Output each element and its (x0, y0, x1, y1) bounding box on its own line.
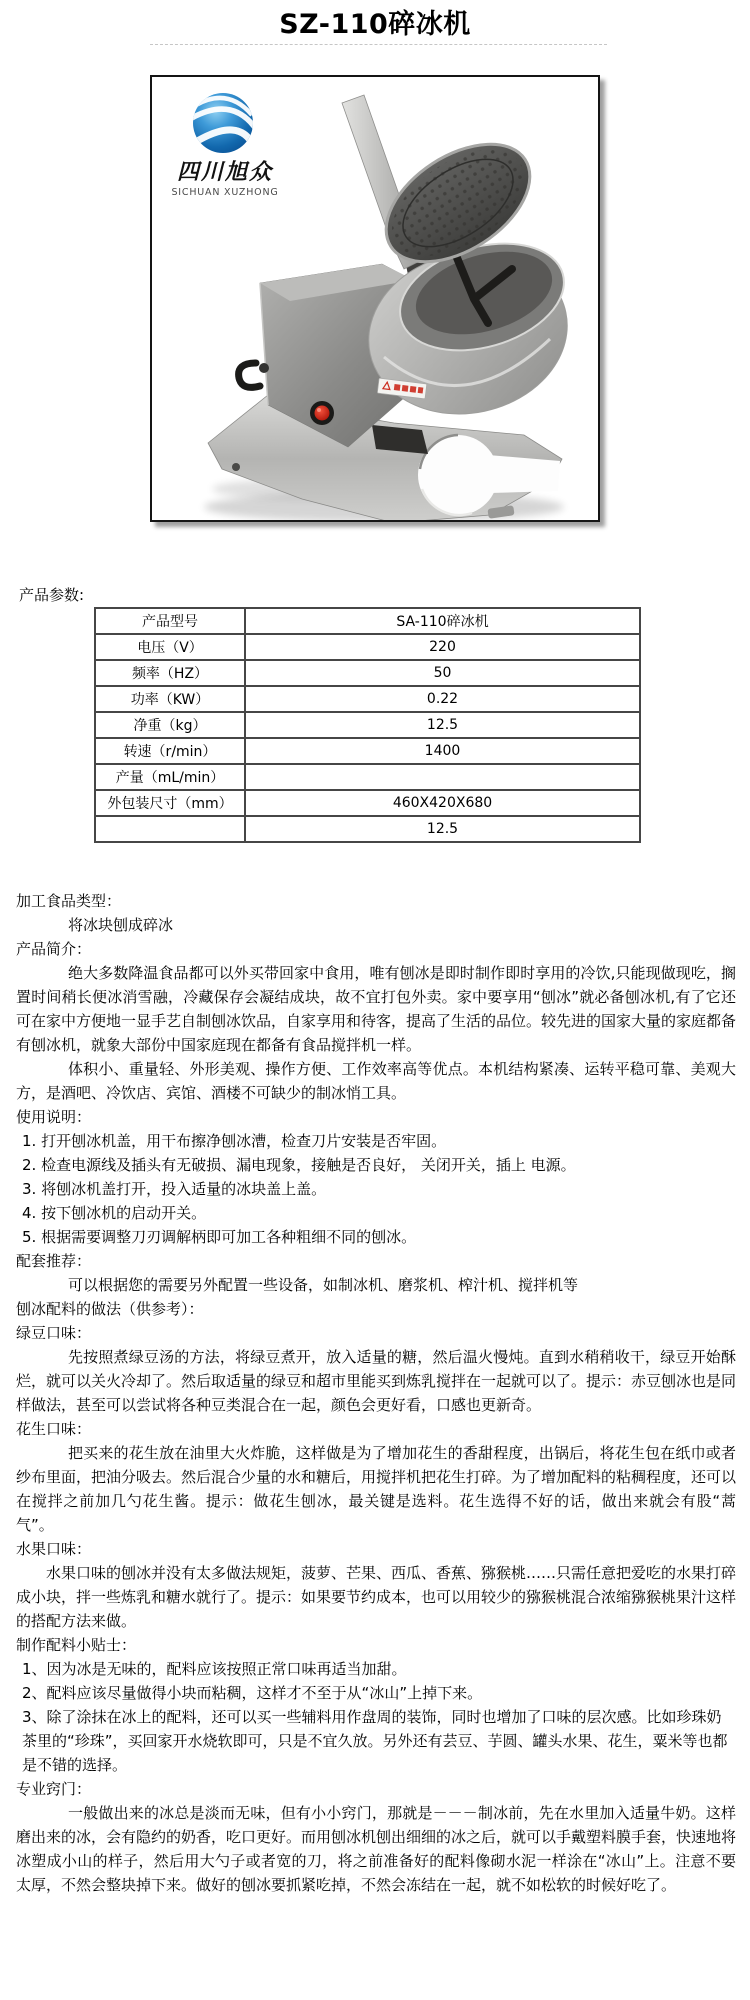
param-value: 50 (245, 660, 640, 686)
param-row: 功率（KW）0.22 (95, 686, 640, 712)
section-text: 4. 按下刨冰机的启动开关。 (22, 1201, 736, 1225)
section-heading: 专业窍门： (16, 1777, 736, 1801)
page-title: SZ-110碎冰机 (0, 2, 750, 41)
param-row: 外包装尺寸（mm）460X420X680 (95, 790, 640, 816)
params-table: 产品型号SA-110碎冰机电压（V）220频率（HZ）50功率（KW）0.22净… (94, 607, 641, 843)
dotted-divider (150, 44, 607, 45)
param-value: 220 (245, 634, 640, 660)
param-value: 12.5 (245, 816, 640, 842)
section-heading: 产品简介： (16, 937, 736, 961)
param-label: 频率（HZ） (95, 660, 245, 686)
section-text: 将冰块刨成碎冰 (16, 913, 736, 937)
params-heading: 产品参数: (19, 584, 84, 605)
params-table-body: 产品型号SA-110碎冰机电压（V）220频率（HZ）50功率（KW）0.22净… (95, 608, 640, 842)
param-label (95, 816, 245, 842)
product-photo-frame: 四川旭众 SICHUAN XUZHONG (150, 75, 600, 522)
product-page: SZ-110碎冰机 (0, 0, 750, 2000)
param-value: 12.5 (245, 712, 640, 738)
param-row: 频率（HZ）50 (95, 660, 640, 686)
param-row: 电压（V）220 (95, 634, 640, 660)
param-row: 产品型号SA-110碎冰机 (95, 608, 640, 634)
param-value: 0.22 (245, 686, 640, 712)
param-value (245, 764, 640, 790)
section-text: 1、因为冰是无味的，配料应该按照正常口味再适当加甜。 (22, 1657, 736, 1681)
param-row: 净重（kg）12.5 (95, 712, 640, 738)
param-label: 净重（kg） (95, 712, 245, 738)
section-text: 一般做出来的冰总是淡而无味，但有小小窍门，那就是－－－制冰前，先在水里加入适量牛… (16, 1801, 736, 1897)
product-photo: 四川旭众 SICHUAN XUZHONG (152, 77, 598, 520)
section-text: 绝大多数降温食品都可以外买带回家中食用，唯有刨冰是即时制作即时享用的冷饮,只能现… (16, 961, 736, 1057)
param-label: 产量（mL/min） (95, 764, 245, 790)
section-heading: 配套推荐： (16, 1249, 736, 1273)
param-row: 12.5 (95, 816, 640, 842)
param-label: 产品型号 (95, 608, 245, 634)
param-value: 460X420X680 (245, 790, 640, 816)
section-text: 5. 根据需要调整刀刃调解柄即可加工各种粗细不同的刨冰。 (22, 1225, 736, 1249)
param-label: 转速（r/min） (95, 738, 245, 764)
section-heading: 加工食品类型： (16, 889, 736, 913)
param-label: 外包装尺寸（mm） (95, 790, 245, 816)
section-heading: 使用说明： (16, 1105, 736, 1129)
section-heading: 绿豆口味： (16, 1321, 736, 1345)
section-text: 体积小、重量轻、外形美观、操作方便、工作效率高等优点。本机结构紧凑、运转平稳可靠… (16, 1057, 736, 1105)
section-text: 1. 打开刨冰机盖，用干布擦净刨冰漕，检查刀片安装是否牢固。 (22, 1129, 736, 1153)
logo-text-en: SICHUAN XUZHONG (171, 187, 278, 198)
section-text: 可以根据您的需要另外配置一些设备，如制冰机、磨浆机、榨汁机、搅拌机等 (16, 1273, 736, 1297)
param-row: 转速（r/min）1400 (95, 738, 640, 764)
section-text: 2. 检查电源线及插头有无破损、漏电现象，接触是否良好， 关闭开关，插上 电源。 (22, 1153, 736, 1177)
section-heading: 花生口味： (16, 1417, 736, 1441)
section-text: 先按照煮绿豆汤的方法，将绿豆煮开，放入适量的糖，然后温火慢炖。直到水稍稍收干，绿… (16, 1345, 736, 1417)
carry-hook (239, 363, 260, 387)
param-value: SA-110碎冰机 (245, 608, 640, 634)
section-text: 3. 将刨冰机盖打开，投入适量的冰块盖上盖。 (22, 1177, 736, 1201)
param-label: 电压（V） (95, 634, 245, 660)
param-row: 产量（mL/min） (95, 764, 640, 790)
logo-text-cn: 四川旭众 (177, 159, 274, 185)
section-text: 把买来的花生放在油里大火炸脆，这样做是为了增加花生的香甜程度，出锅后，将花生包在… (16, 1441, 736, 1537)
section-heading: 刨冰配料的做法（供参考）： (16, 1297, 736, 1321)
section-text: 3、除了涂抹在冰上的配料，还可以买一些辅料用作盘周的装饰，同时也增加了口味的层次… (22, 1705, 736, 1777)
power-button (315, 406, 330, 421)
section-heading: 制作配料小贴士： (16, 1633, 736, 1657)
param-label: 功率（KW） (95, 686, 245, 712)
section-text: 2、配料应该尽量做得小块而粘稠，这样才不至于从“冰山”上掉下来。 (22, 1681, 736, 1705)
param-value: 1400 (245, 738, 640, 764)
section-heading: 水果口味： (16, 1537, 736, 1561)
section-text: 水果口味的刨冰并没有太多做法规矩，菠萝、芒果、西瓜、香蕉、猕猴桃……只需任意把爱… (16, 1561, 736, 1633)
brand-logo: 四川旭众 SICHUAN XUZHONG (171, 93, 278, 198)
text-sections: 加工食品类型：将冰块刨成碎冰产品简介：绝大多数降温食品都可以外买带回家中食用，唯… (0, 889, 750, 1897)
